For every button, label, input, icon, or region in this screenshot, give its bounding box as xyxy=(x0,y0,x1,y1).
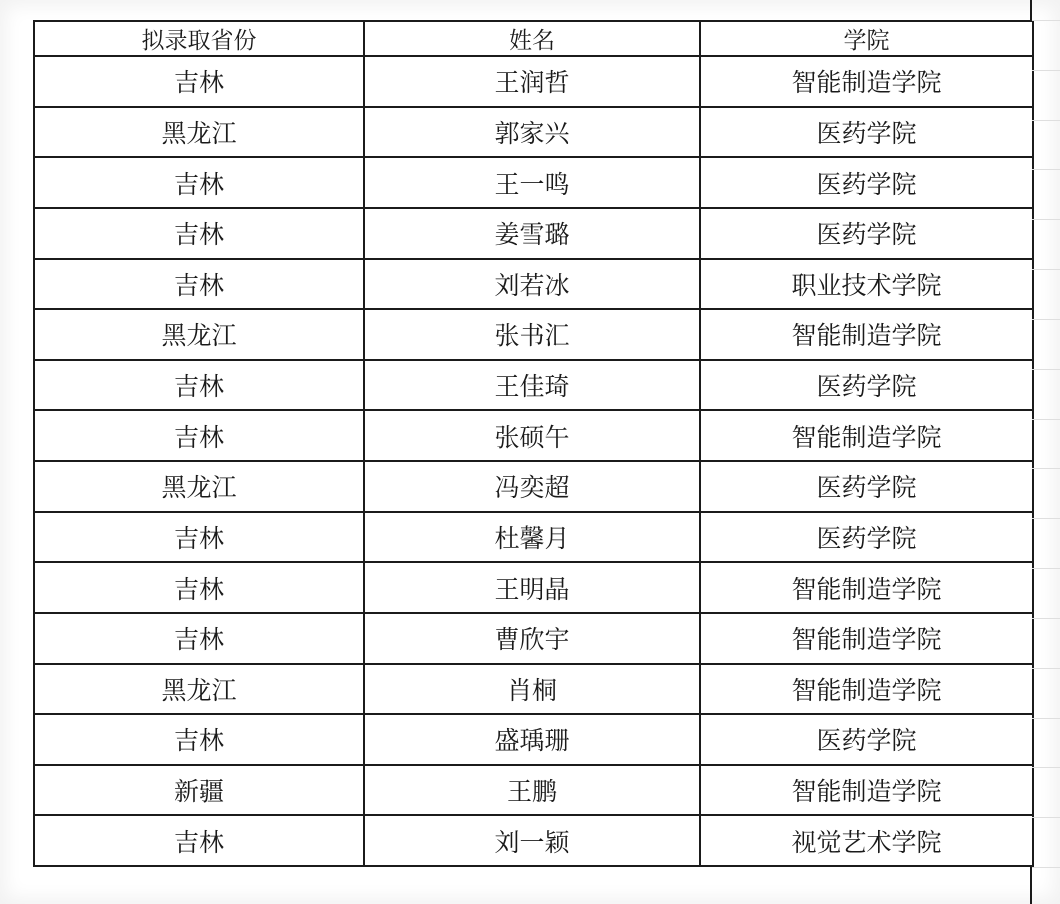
cell-college: 智能制造学院 xyxy=(700,562,1033,613)
gridline-stub xyxy=(1032,817,1060,818)
cell-name: 盛瑀珊 xyxy=(364,714,700,765)
cell-college: 医药学院 xyxy=(700,461,1033,512)
cell-college: 医药学院 xyxy=(700,208,1033,259)
table-row: 吉林姜雪璐医药学院 xyxy=(34,208,1033,259)
gridline-stub xyxy=(1032,319,1060,320)
cell-college: 视觉艺术学院 xyxy=(700,815,1033,866)
table-row: 黑龙江张书汇智能制造学院 xyxy=(34,309,1033,360)
cell-college: 医药学院 xyxy=(700,107,1033,158)
cell-province: 吉林 xyxy=(34,562,364,613)
table-row: 黑龙江肖桐智能制造学院 xyxy=(34,664,1033,715)
table-row: 吉林王一鸣医药学院 xyxy=(34,157,1033,208)
cell-name: 郭家兴 xyxy=(364,107,700,158)
table-row: 吉林王佳琦医药学院 xyxy=(34,360,1033,411)
gridline-stub xyxy=(1032,419,1060,420)
cell-college: 医药学院 xyxy=(700,512,1033,563)
column-border-extension-top xyxy=(1030,0,1032,20)
cell-name: 张硕午 xyxy=(364,410,700,461)
cell-name: 王鹏 xyxy=(364,765,700,816)
header-row: 拟录取省份 姓名 学院 xyxy=(34,21,1033,56)
cell-province: 吉林 xyxy=(34,815,364,866)
cell-college: 医药学院 xyxy=(700,714,1033,765)
cell-province: 吉林 xyxy=(34,714,364,765)
cell-province: 吉林 xyxy=(34,259,364,310)
cell-province: 吉林 xyxy=(34,512,364,563)
table-row: 吉林刘若冰职业技术学院 xyxy=(34,259,1033,310)
gridline-stub xyxy=(1032,767,1060,768)
header-cell-province: 拟录取省份 xyxy=(34,21,364,56)
gridline-stub xyxy=(1032,668,1060,669)
table-row: 黑龙江郭家兴医药学院 xyxy=(34,107,1033,158)
cell-province: 吉林 xyxy=(34,157,364,208)
gridline-stub xyxy=(1032,518,1060,519)
cell-name: 刘若冰 xyxy=(364,259,700,310)
cell-college: 智能制造学院 xyxy=(700,309,1033,360)
cell-college: 智能制造学院 xyxy=(700,765,1033,816)
cell-name: 王一鸣 xyxy=(364,157,700,208)
column-border-extension-bottom xyxy=(1030,865,1032,904)
gridline-stub xyxy=(1032,369,1060,370)
cell-college: 医药学院 xyxy=(700,360,1033,411)
cell-province: 吉林 xyxy=(34,208,364,259)
table-row: 吉林杜馨月医药学院 xyxy=(34,512,1033,563)
gridline-stub xyxy=(1032,169,1060,170)
cell-province: 黑龙江 xyxy=(34,107,364,158)
cell-province: 吉林 xyxy=(34,410,364,461)
admission-table: 拟录取省份 姓名 学院 吉林王润哲智能制造学院黑龙江郭家兴医药学院吉林王一鸣医药… xyxy=(33,20,1034,867)
gridline-stub xyxy=(1032,618,1060,619)
gridline-stub xyxy=(1032,20,1060,21)
header-cell-college: 学院 xyxy=(700,21,1033,56)
cell-name: 曹欣宇 xyxy=(364,613,700,664)
cell-name: 冯奕超 xyxy=(364,461,700,512)
cell-college: 智能制造学院 xyxy=(700,410,1033,461)
table-row: 吉林张硕午智能制造学院 xyxy=(34,410,1033,461)
gridline-stub xyxy=(1032,718,1060,719)
table-row: 吉林盛瑀珊医药学院 xyxy=(34,714,1033,765)
table-row: 新疆王鹏智能制造学院 xyxy=(34,765,1033,816)
cell-college: 职业技术学院 xyxy=(700,259,1033,310)
cell-college: 医药学院 xyxy=(700,157,1033,208)
cell-name: 姜雪璐 xyxy=(364,208,700,259)
table-row: 吉林刘一颖视觉艺术学院 xyxy=(34,815,1033,866)
cell-name: 刘一颖 xyxy=(364,815,700,866)
cell-province: 黑龙江 xyxy=(34,664,364,715)
cell-college: 智能制造学院 xyxy=(700,664,1033,715)
cell-province: 吉林 xyxy=(34,56,364,107)
gridline-stub xyxy=(1032,468,1060,469)
gridline-stub xyxy=(1032,568,1060,569)
cell-name: 王润哲 xyxy=(364,56,700,107)
cell-province: 吉林 xyxy=(34,360,364,411)
gridline-stub xyxy=(1032,867,1060,868)
cell-province: 新疆 xyxy=(34,765,364,816)
gridline-stub xyxy=(1032,269,1060,270)
table-row: 黑龙江冯奕超医药学院 xyxy=(34,461,1033,512)
cell-province: 吉林 xyxy=(34,613,364,664)
page: 拟录取省份 姓名 学院 吉林王润哲智能制造学院黑龙江郭家兴医药学院吉林王一鸣医药… xyxy=(0,0,1060,904)
cell-province: 黑龙江 xyxy=(34,309,364,360)
gridline-stub xyxy=(1032,219,1060,220)
table-row: 吉林王明晶智能制造学院 xyxy=(34,562,1033,613)
cell-name: 王佳琦 xyxy=(364,360,700,411)
cell-college: 智能制造学院 xyxy=(700,56,1033,107)
cell-name: 张书汇 xyxy=(364,309,700,360)
cell-province: 黑龙江 xyxy=(34,461,364,512)
cell-name: 王明晶 xyxy=(364,562,700,613)
cell-name: 杜馨月 xyxy=(364,512,700,563)
gridline-stub xyxy=(1032,120,1060,121)
table-row: 吉林曹欣宇智能制造学院 xyxy=(34,613,1033,664)
cell-name: 肖桐 xyxy=(364,664,700,715)
gridline-stub xyxy=(1032,70,1060,71)
header-cell-name: 姓名 xyxy=(364,21,700,56)
table-row: 吉林王润哲智能制造学院 xyxy=(34,56,1033,107)
cell-college: 智能制造学院 xyxy=(700,613,1033,664)
